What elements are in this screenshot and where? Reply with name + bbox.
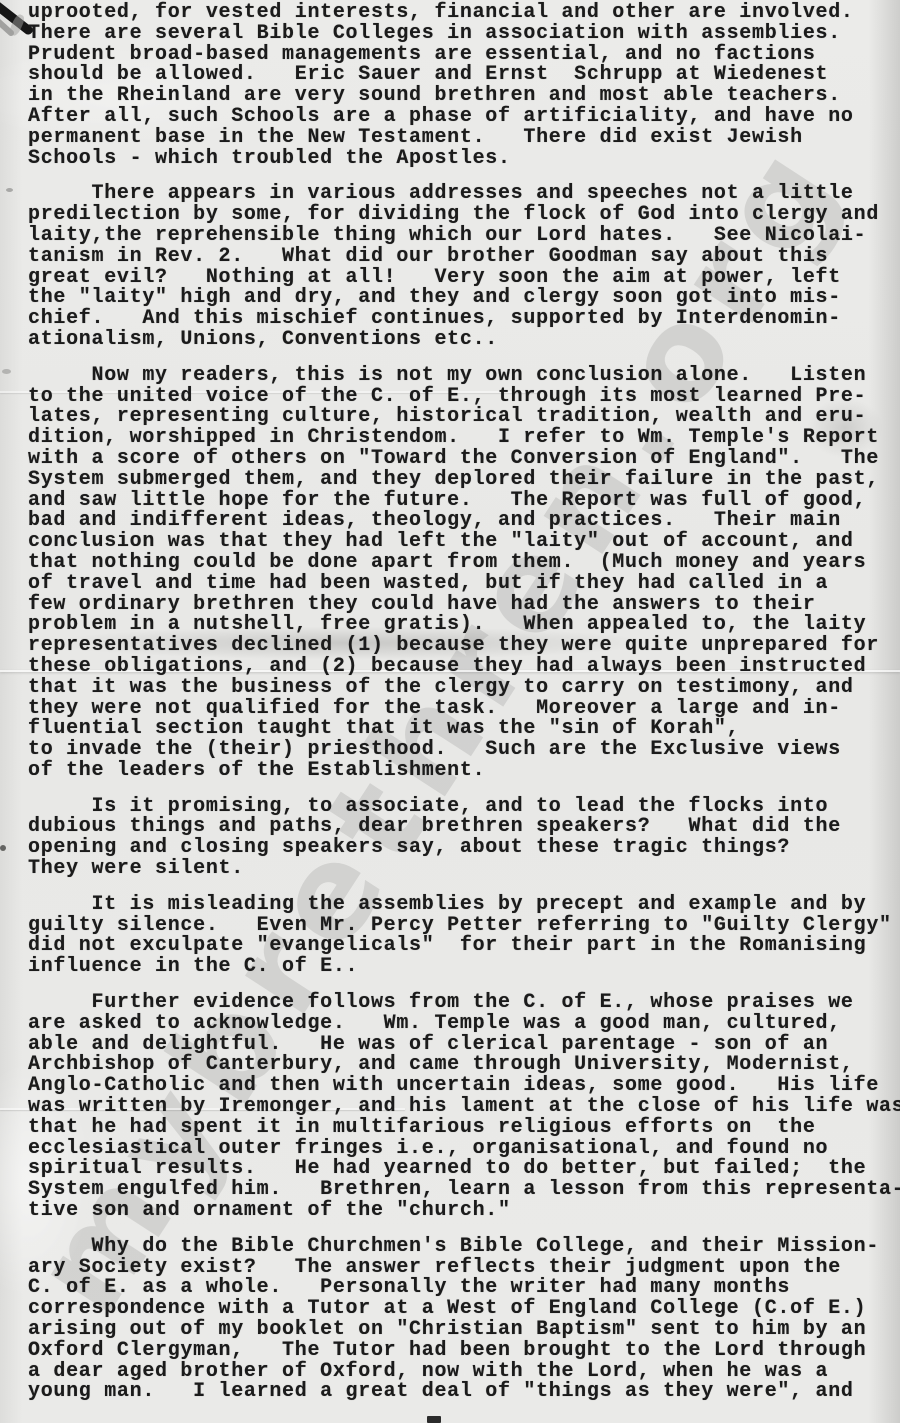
document-body: uprooted, for vested interests, financia… <box>28 3 900 1418</box>
scanned-document-page: mybrethren.org uprooted, for vested inte… <box>0 0 900 1423</box>
paragraph-6: Further evidence follows from the C. of … <box>28 993 900 1222</box>
paragraph-1: uprooted, for vested interests, financia… <box>28 3 900 169</box>
partial-page-number-mark <box>427 1416 441 1423</box>
scan-speck <box>6 188 13 192</box>
paragraph-4: Is it promising, to associate, and to le… <box>28 797 900 880</box>
scan-speck <box>0 845 6 851</box>
paragraph-7: Why do the Bible Churchmen's Bible Colle… <box>28 1237 900 1403</box>
paragraph-3: Now my readers, this is not my own concl… <box>28 366 900 782</box>
scan-speck <box>2 369 11 374</box>
paragraph-5: It is misleading the assemblies by prece… <box>28 895 900 978</box>
paragraph-2: There appears in various addresses and s… <box>28 184 900 350</box>
